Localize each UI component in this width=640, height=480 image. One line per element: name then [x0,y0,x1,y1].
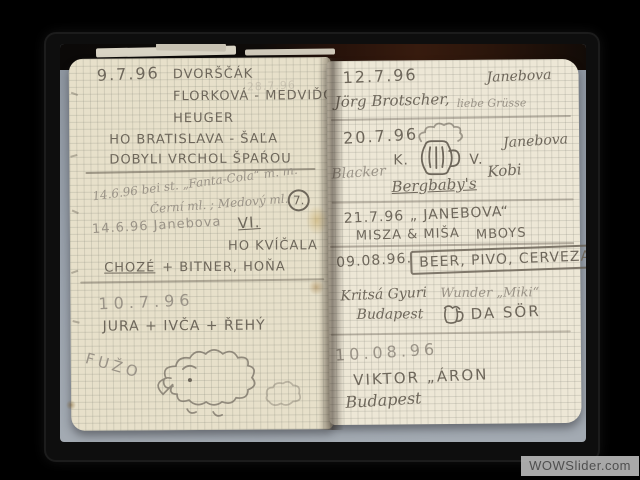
entry-date: 12.7.96 [342,65,418,87]
entry-name: Bergbaby's [391,174,477,196]
slider-stage: 9.7.96 DVORŠČÁK 28.7.96 FLORKOVÁ - MEDVI… [0,0,640,480]
page-gutter-shadow [318,58,344,430]
entry-name: CHOZÉ [104,260,155,275]
entry-line: MISZA & MIŠA [356,226,460,244]
left-page: 9.7.96 DVORŠČÁK 28.7.96 FLORKOVÁ - MEDVI… [69,57,334,431]
entry-line: JURA + IVČA + ŘEHÝ [103,318,266,335]
entry-name: DVORŠČÁK [173,67,254,83]
entry-name: HEUGER [173,111,234,126]
initial-label: K. [393,152,409,168]
entry-name: Wunder „Miki“ [440,285,539,301]
table-spot [66,400,76,410]
entry-date: 9.7.96 [96,63,160,85]
entry-line: HO KVÍČALA [228,238,318,254]
entry-name: Kobi [487,160,523,181]
entry-note: liebe Grüsse [457,96,527,110]
notebook-photo: 9.7.96 DVORŠČÁK 28.7.96 FLORKOVÁ - MEDVI… [46,34,598,460]
page-edge-sliver [245,49,335,56]
initial-label: V. [469,152,483,168]
entry-word: DA SÖR [470,302,541,323]
circled-number-badge: 7. [288,189,310,211]
photo-scene: 9.7.96 DVORŠČÁK 28.7.96 FLORKOVÁ - MEDVI… [60,44,586,442]
page-edge-sliver [156,44,226,52]
entry-line: + BITNER, HOŇA [162,259,286,275]
entry-date: 10.7.96 [98,290,195,313]
entry-name: Janebova [486,67,552,86]
entry-line: MBOYS [476,225,527,242]
right-page: 12.7.96 Janebova Jörg Brotscher, liebe G… [326,59,581,425]
climb-grade: VI. [237,213,260,232]
entry-line: HO BRATISLAVA - ŠAĽA [109,131,278,147]
entry-line: DOBYLI VRCHOL ŠPAŔOU [109,151,291,167]
entry-place: Budapest [357,306,424,323]
sheep-doodle-icon [141,335,312,431]
entry-name: Jörg Brotscher, [335,90,450,111]
beer-mug-small-icon [441,302,467,326]
wowslider-watermark-link[interactable]: WOWSlider.com [521,456,639,476]
